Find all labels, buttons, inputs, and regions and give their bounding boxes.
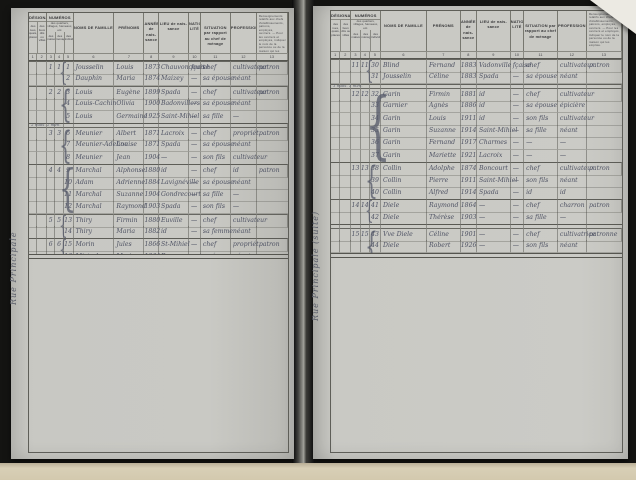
value-prof: — (558, 150, 586, 162)
value-lieu: Spada (477, 187, 510, 199)
value-pat: patron (257, 128, 287, 140)
cell-m (351, 150, 360, 163)
header-col-number-3: 3 (351, 51, 360, 58)
cell-pre: Fernand (427, 137, 461, 150)
blank-page-area (331, 258, 622, 452)
cell-pre: Pierre (427, 175, 461, 188)
header-col-number-13: 13 (587, 51, 622, 58)
census-table-right: DÉSIGNATIONdes rues, quais, placesdes li… (330, 10, 623, 453)
census-row: 121232GarinFirmin1881id—chefcultivateur{ (331, 88, 622, 100)
cell-lieu: Maizey (159, 73, 189, 86)
value-sit: sa épouse (201, 177, 230, 189)
separator-tally-note: 2 mais. 2 mén. (31, 122, 61, 127)
cell-designation (340, 212, 351, 225)
cell-sit: son fils (524, 175, 558, 188)
value-lieu: — (477, 212, 510, 224)
value-sit: chef (524, 89, 557, 101)
value-sit: son fils (201, 201, 230, 213)
value-lieu: id (159, 165, 188, 177)
cell-pat (257, 98, 288, 111)
header-col-4: NATIONA- LITÉ (511, 11, 524, 51)
value-prof: — (231, 111, 256, 123)
value-nat: fçaise (511, 60, 523, 72)
header-numeros-note: des quartiers, villages, hameaux, etc. (47, 22, 72, 32)
value-lieu: Lacroix (159, 128, 188, 140)
value-nat: — (511, 125, 523, 137)
cell-nat: — (511, 100, 524, 113)
header-numeros-subs: des maisonsdes ménagesdes individus (47, 32, 72, 53)
cell-nat: — (189, 177, 201, 190)
cell-m (351, 187, 360, 200)
cell-pat (257, 111, 288, 124)
value-an: 1914 (461, 187, 476, 199)
value-an: 1864 (461, 200, 476, 212)
cell-prof: id (558, 187, 587, 200)
separator-tally-note: 1 mais. 1 mén. (333, 83, 363, 88)
cell-designation (331, 212, 340, 225)
value-pre: Pierre (427, 175, 460, 187)
value-lieu: Spada (477, 71, 510, 83)
value-lieu: — (477, 200, 510, 212)
cell-designation (340, 240, 351, 253)
cell-designation (29, 177, 37, 190)
value-nat: — (511, 240, 523, 252)
header-numeros-sub-0: des maisons (351, 30, 361, 51)
value-nat: — (189, 128, 200, 140)
header-numeros-sub-1: des ménages (56, 32, 65, 53)
header-col-3: LIEU de nais- sance (477, 11, 511, 51)
cell-sit: sa fille (201, 111, 231, 124)
cell-sit: — (524, 150, 558, 163)
cell-pre: Germaine (114, 111, 144, 124)
value-an: 1873 (144, 62, 158, 74)
value-sit: son fils (524, 113, 557, 125)
value-m: 12 (351, 89, 359, 101)
cell-an: 1884 (144, 177, 159, 190)
value-sit: sa fille (201, 189, 230, 201)
header-col-number-7: 7 (114, 53, 144, 60)
value-pat: patronne (587, 229, 621, 241)
cell-nat: — (511, 113, 524, 126)
cell-designation (37, 177, 47, 190)
cell-pre: Jean (114, 152, 144, 165)
value-nat: — (511, 163, 523, 175)
value-nom: Meunier (74, 152, 114, 164)
cell-designation (340, 100, 351, 113)
cell-nat: — (189, 152, 201, 165)
header-col-number-9: 9 (159, 53, 189, 60)
value-pre: Suzanne (427, 125, 460, 137)
cell-lieu: Spada (159, 139, 189, 152)
value-sit: chef (201, 128, 230, 140)
value-an: 1911 (461, 113, 476, 125)
value-prof: cultivateur (558, 89, 586, 101)
cell-sit: sa épouse (201, 139, 231, 152)
header-col-number-7: 7 (427, 51, 461, 58)
header-designation-subs: des rues, quais, placesdes lieux dits ou… (331, 20, 350, 51)
value-prof: cultivateur (231, 152, 256, 164)
value-sit: son fils (201, 152, 230, 164)
value-an: 1880 (144, 215, 158, 227)
header-col-number-6: 6 (381, 51, 427, 58)
header-col-number-13: 13 (257, 53, 288, 60)
cell-pre: Mariette (427, 150, 461, 163)
cell-lieu: Spada (477, 71, 511, 84)
value-an: 1921 (461, 150, 476, 162)
street-name-label-right: Rue Principale (suite) (311, 156, 327, 376)
value-lieu: Vadonville (477, 60, 510, 72)
cell-an: 1914 (461, 187, 477, 200)
cell-sit: — (524, 137, 558, 150)
value-an: 1883 (461, 60, 476, 72)
header-col-number-11: 11 (524, 51, 558, 58)
header-col-5: SITUATION par rapport au chef de ménage (524, 11, 558, 51)
cell-pre: Agnès (427, 100, 461, 113)
header-group-numeros: NUMÉROSdes quartiers, villages, hameaux,… (351, 11, 381, 51)
cell-prof: néant (231, 98, 257, 111)
value-nat: — (511, 113, 523, 125)
value-m: 1 (47, 62, 54, 74)
cell-m (47, 251, 55, 254)
value-lieu: Spada (159, 201, 188, 213)
cell-nom: Marchal (74, 201, 115, 214)
cell-m (351, 240, 360, 253)
value-lieu: Boncourt (477, 163, 510, 175)
value-pat: patron (257, 239, 287, 251)
cell-designation (29, 201, 37, 214)
value-an: 1882 (144, 226, 158, 238)
cell-lieu: — (477, 240, 511, 253)
value-nat: — (511, 175, 523, 187)
value-an: 1904 (144, 152, 158, 164)
value-nom: Louis-Cachin (74, 98, 114, 110)
header-col-1: PRÉNOMS (427, 11, 461, 51)
cell-pat (587, 100, 622, 113)
value-sit: chef (524, 60, 557, 72)
cell-prof: néant (231, 73, 257, 86)
value-lieu: — (159, 152, 188, 164)
cell-pre: Louis (427, 113, 461, 126)
value-sit: chef (201, 239, 230, 251)
header-designation-title: DÉSIGNATION (29, 13, 46, 22)
cell-nom: Diele (381, 212, 427, 225)
cell-nom: Collin (381, 187, 427, 200)
value-nat: — (511, 200, 523, 212)
value-pre: Adolphe (427, 163, 460, 175)
value-m: 3 (47, 128, 54, 140)
household-brace: { (365, 162, 378, 199)
value-prof: néant (231, 226, 256, 238)
cell-pre: Adrienne (114, 177, 144, 190)
cell-lieu: Saint-Mihiel (477, 125, 511, 138)
value-lieu: Chauvoncourt (159, 62, 188, 74)
cell-nat: — (511, 187, 524, 200)
value-pre: Olivia (114, 98, 143, 110)
header-col-number-2: 2 (37, 53, 47, 60)
value-prof: propriét. (231, 128, 256, 140)
cell-lieu: — (477, 212, 511, 225)
header-designation-subs: des rues, quais, placesdes lieux dits ou… (29, 22, 46, 53)
cell-designation (29, 98, 37, 111)
value-nom: Dauphin (74, 73, 114, 85)
cell-pre: Thérèse (427, 212, 461, 225)
cell-pat (587, 150, 622, 163)
value-lieu: Gondrecourt (159, 189, 188, 201)
value-nat: — (189, 139, 200, 151)
value-pre: Jules (114, 239, 143, 251)
cell-an: 1904 (144, 152, 159, 165)
cell-pat (257, 177, 288, 190)
value-nat: — (189, 73, 200, 85)
value-pre: Mariette (427, 150, 460, 162)
cell-sit: sa épouse (201, 98, 231, 111)
header-col-6: PROFESSION (231, 13, 257, 53)
value-lieu: Charmes (477, 137, 510, 149)
cell-prof: cultivateur (558, 113, 587, 126)
value-pre: Adrienne (114, 177, 143, 189)
value-lieu: Saint-Mihiel (477, 175, 510, 187)
census-row: 14ThiryMaria1882id—sa femmenéant (29, 226, 288, 238)
cell-sit: son fils (201, 152, 231, 165)
census-row: 6615MorinJules1866St-Mihiel—chefpropriét… (29, 238, 288, 250)
value-m: 13 (351, 163, 359, 175)
cell-lieu: Lacroix (477, 150, 511, 163)
value-nom: Mistral (74, 251, 114, 254)
cell-pre: Maria (114, 73, 144, 86)
cell-pre: Maria (114, 226, 144, 239)
cell-designation (37, 201, 47, 214)
value-pat: patron (587, 163, 621, 175)
cell-an: 1911 (461, 113, 477, 126)
header-numeros-sub-2: des individus (371, 30, 380, 51)
header-col-5: SITUATION par rapport au chef de ménage (201, 13, 231, 53)
value-pre: Louis (114, 62, 143, 74)
value-pre: Raymond (427, 200, 460, 212)
cell-pre: Suzanne (427, 125, 461, 138)
value-nom: Thiry (74, 215, 114, 227)
census-rows: 111JousselinLouis1873Chauvoncourtfçaisec… (29, 61, 288, 254)
value-nom: Louis (74, 111, 114, 123)
value-nom: Marchal (74, 189, 114, 201)
cell-nom: Mistral (74, 251, 115, 254)
census-page-left: Rue Principale DÉSIGNATIONdes rues, quai… (11, 8, 294, 459)
header-col-number-9: 9 (477, 51, 511, 58)
header-col-number-6: 6 (74, 53, 115, 60)
cell-m (351, 113, 360, 126)
cell-pat (587, 125, 622, 138)
value-pre: Alphonse (114, 165, 143, 177)
cell-pre: Alfred (427, 187, 461, 200)
cell-pat (587, 71, 622, 84)
cell-sit: son fils (201, 201, 231, 214)
value-pre: Agnès (427, 100, 460, 112)
cell-prof: — (558, 150, 587, 163)
value-nom: Louis (74, 87, 114, 99)
value-nom: Meunier-Adeline (74, 139, 114, 151)
cell-pre: Louise (114, 139, 144, 152)
cell-m (351, 175, 360, 188)
cell-an: 1903 (144, 201, 159, 214)
value-nat: — (189, 165, 200, 177)
cell-prof: néant (558, 125, 587, 138)
cell-an: 1917 (461, 137, 477, 150)
value-pre: Céline (427, 71, 460, 83)
cell-sit: sa fille (524, 212, 558, 225)
cell-m (351, 125, 360, 138)
value-sit: chef (524, 200, 557, 212)
cell-nat: — (511, 212, 524, 225)
value-m: 4 (47, 165, 54, 177)
value-nat: — (511, 89, 523, 101)
value-pre: Firmin (114, 215, 143, 227)
value-sit: sa épouse (524, 71, 557, 83)
cell-designation (37, 73, 47, 86)
cell-m (47, 201, 55, 214)
value-an: 1871 (144, 128, 158, 140)
header-designation-sub-0: des rues, quais, places (331, 20, 341, 51)
cell-sit: sa épouse (524, 71, 558, 84)
cell-pre: Robert (427, 240, 461, 253)
value-pre: Firmin (427, 89, 460, 101)
cell-designation (331, 125, 340, 138)
value-pat: patron (257, 87, 287, 99)
header-col-note: Renseignements relatifs aux chefs d'étab… (257, 13, 288, 53)
value-prof: — (558, 212, 586, 224)
cell-m (47, 73, 55, 86)
cell-sit: sa épouse (201, 251, 231, 254)
cell-nat: — (511, 137, 524, 150)
census-row: 131338CollinAdolphe1874Boncourt—chefcult… (331, 162, 622, 174)
cell-pat (257, 189, 288, 202)
header-col-number-8: 8 (461, 51, 477, 58)
value-lieu: Badonvillers (159, 98, 188, 110)
cell-nom: Meunier (74, 152, 115, 165)
header-col-number-3: 3 (47, 53, 55, 60)
cell-designation (340, 175, 351, 188)
value-nat: — (511, 229, 523, 241)
header-group-designation: DÉSIGNATIONdes rues, quais, placesdes li… (331, 11, 351, 51)
cell-pat (257, 226, 288, 239)
cell-lieu: Saint-Mihiel (477, 175, 511, 188)
value-nom: Diele (381, 200, 426, 212)
header-col-0: NOMS DE FAMILLE (381, 11, 427, 51)
header-col-number-1: 1 (331, 51, 340, 58)
value-lieu: Bannoncourt (159, 251, 188, 254)
header-col-4: NATIONA- LITÉ (189, 13, 201, 53)
cell-lieu: Spada (159, 201, 189, 214)
value-an: 1903 (461, 212, 476, 224)
value-pre: Jean (114, 152, 143, 164)
cell-designation (340, 187, 351, 200)
value-sit: sa épouse (524, 100, 557, 112)
value-nom: Thiry (74, 226, 114, 238)
value-nom: Collin (381, 187, 426, 199)
census-row: 336MeunierAlbert1871Lacroix—chefpropriét… (29, 127, 288, 139)
header-col-number-2: 2 (340, 51, 351, 58)
value-prof: propriét. (231, 239, 256, 251)
value-sit: chef (201, 87, 230, 99)
value-m: 2 (47, 87, 54, 99)
cell-designation (29, 73, 37, 86)
value-sit: id (524, 187, 557, 199)
cell-lieu: Saint-Mihiel (159, 111, 189, 124)
value-an: 1886 (461, 100, 476, 112)
cell-pre: Olivia (114, 98, 144, 111)
value-prof: néant (558, 240, 586, 252)
value-m: 14 (351, 200, 359, 212)
cell-nat: — (511, 150, 524, 163)
census-row: 151543Vve DieleCéline1901——chefcultivatr… (331, 228, 622, 240)
cell-m (351, 100, 360, 113)
value-nom: Blind (381, 60, 426, 72)
value-lieu: Spada (159, 87, 188, 99)
cell-designation (29, 152, 37, 165)
cell-pat (587, 212, 622, 225)
value-sit: chef (201, 215, 230, 227)
header-col-number-8: 8 (144, 53, 159, 60)
cell-designation (37, 251, 47, 254)
value-nom: Diele (381, 212, 426, 224)
value-lieu: id (477, 113, 510, 125)
value-lieu: id (477, 100, 510, 112)
cell-sit: sa épouse (201, 73, 231, 86)
value-an: 1864 (144, 251, 158, 254)
cell-nom: Dauphin (74, 73, 115, 86)
value-nom: Vve Diele (381, 229, 426, 241)
value-nat: — (189, 239, 200, 251)
value-an: 1874 (144, 73, 158, 85)
value-pre: Germaine (114, 111, 143, 123)
header-col-2: ANNÉE de nais- sance (144, 13, 159, 53)
cell-an: 1900 (144, 98, 159, 111)
cell-pat (587, 240, 622, 253)
cell-an: 1883 (461, 71, 477, 84)
header-numeros-sub-1: des ménages (361, 30, 371, 51)
value-nat: — (189, 251, 200, 254)
cell-sit: sa fille (524, 125, 558, 138)
value-an: 1914 (461, 125, 476, 137)
cell-designation (340, 125, 351, 138)
value-nat: — (189, 201, 200, 213)
value-an: 1925 (144, 111, 158, 123)
cell-lieu: id (477, 100, 511, 113)
value-an: 1881 (461, 89, 476, 101)
cell-designation (340, 113, 351, 126)
value-prof: néant (558, 125, 586, 137)
value-an: 1871 (144, 139, 158, 151)
value-sit: chef (201, 165, 230, 177)
census-row: 42DieleThérèse1903——sa fille— (331, 212, 622, 224)
header-group-designation: DÉSIGNATIONdes rues, quais, placesdes li… (29, 13, 47, 53)
cell-pat (257, 251, 288, 254)
value-sit: sa fille (524, 212, 557, 224)
value-an: 1880 (144, 165, 158, 177)
cell-sit: son fils (524, 240, 558, 253)
cell-an: 1903 (461, 212, 477, 225)
value-lieu: id (159, 226, 188, 238)
cell-prof: — (558, 212, 587, 225)
value-pre: Robert (427, 240, 460, 252)
header-col-number-4: 4 (55, 53, 63, 60)
header-col-6: PROFESSION (558, 11, 587, 51)
value-lieu: id (477, 89, 510, 101)
value-an: 1917 (461, 137, 476, 149)
cell-lieu: Gondrecourt (159, 189, 189, 202)
value-prof: néant (231, 177, 256, 189)
blank-page-area (29, 259, 288, 452)
value-nat: — (511, 71, 523, 83)
value-m: 6 (47, 239, 54, 251)
